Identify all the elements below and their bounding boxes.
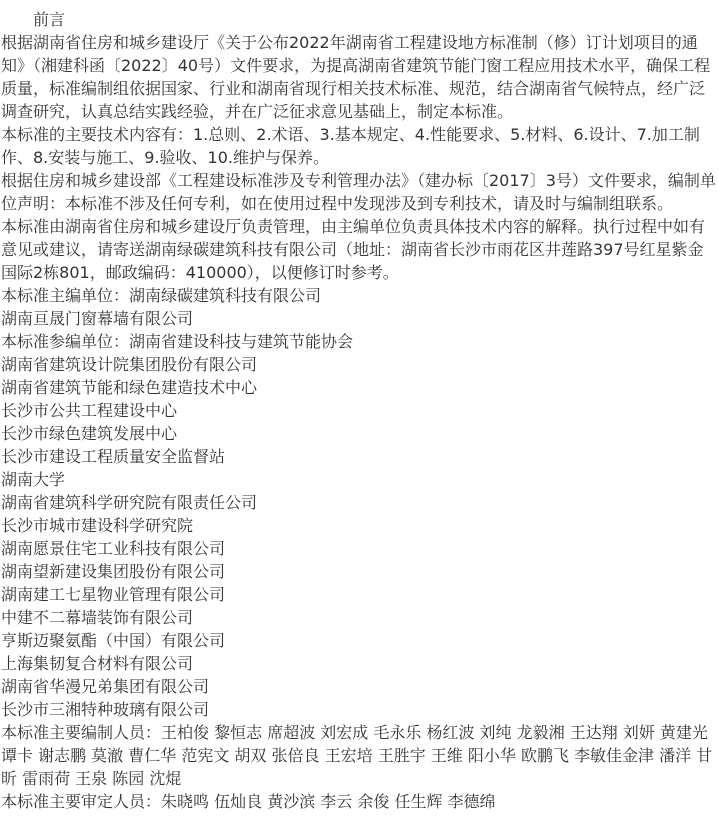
drafters-line-label: 本标准主要编制人员： (1, 723, 161, 742)
participating-units-line-label: 本标准参编单位： (1, 332, 129, 351)
participating-unit: 亨斯迈聚氨酯（中国）有限公司 (1, 629, 717, 652)
participating-unit: 湖南愿景住宅工业科技有限公司 (1, 537, 717, 560)
participating-unit: 长沙市建设工程质量安全监督站 (1, 445, 717, 468)
participating-unit: 中建不二幕墙装饰有限公司 (1, 606, 717, 629)
participating-unit: 湖南望新建设集团股份有限公司 (1, 560, 717, 583)
intro-paragraph: 根据住房和城乡建设部《工程建设标准涉及专利管理办法》（建办标〔2017〕3号）文… (1, 169, 717, 215)
participating-unit: 长沙市三湘特种玻璃有限公司 (1, 698, 717, 721)
intro-paragraph: 本标准的主要技术内容有：1.总则、2.术语、3.基本规定、4.性能要求、5.材料… (1, 123, 717, 169)
reviewers-line-label: 本标准主要审定人员： (1, 792, 161, 811)
reviewers-line: 本标准主要审定人员：朱晓鸣 伍灿良 黄沙滨 李云 余俊 任生辉 李德绵 (1, 790, 717, 813)
document-body: 前言 根据湖南省住房和城乡建设厅《关于公布2022年湖南省工程建设地方标准制（修… (0, 0, 717, 817)
participating-unit: 湖南省建筑科学研究院有限责任公司 (1, 491, 717, 514)
participating-unit: 湖南省建筑节能和绿色建造技术中心 (1, 376, 717, 399)
chief-editor-units-line-label: 本标准主编单位： (1, 286, 129, 305)
participating-unit: 湖南省华漫兄弟集团有限公司 (1, 675, 717, 698)
intro-paragraph: 根据湖南省住房和城乡建设厅《关于公布2022年湖南省工程建设地方标准制（修）订计… (1, 31, 717, 123)
participating-unit: 湖南建工七星物业管理有限公司 (1, 583, 717, 606)
section-title: 前言 (1, 8, 717, 31)
participating-unit: 长沙市公共工程建设中心 (1, 399, 717, 422)
chief-editor-units-line-value: 湖南绿碳建筑科技有限公司 (129, 286, 321, 305)
participating-unit: 长沙市绿色建筑发展中心 (1, 422, 717, 445)
participating-unit: 长沙市城市建设科学研究院 (1, 514, 717, 537)
chief-editor-units-line: 本标准主编单位：湖南绿碳建筑科技有限公司 (1, 284, 717, 307)
participating-unit: 湖南省建筑设计院集团股份有限公司 (1, 353, 717, 376)
participating-unit: 上海集韧复合材料有限公司 (1, 652, 717, 675)
participating-unit: 湖南大学 (1, 468, 717, 491)
intro-paragraph: 本标准由湖南省住房和城乡建设厅负责管理，由主编单位负责具体技术内容的解释。执行过… (1, 215, 717, 284)
chief-editor-unit: 湖南亘晟门窗幕墙有限公司 (1, 307, 717, 330)
participating-units-line: 本标准参编单位：湖南省建设科技与建筑节能协会 (1, 330, 717, 353)
reviewers-line-value: 朱晓鸣 伍灿良 黄沙滨 李云 余俊 任生辉 李德绵 (161, 792, 496, 811)
participating-units-line-value: 湖南省建设科技与建筑节能协会 (129, 332, 353, 351)
